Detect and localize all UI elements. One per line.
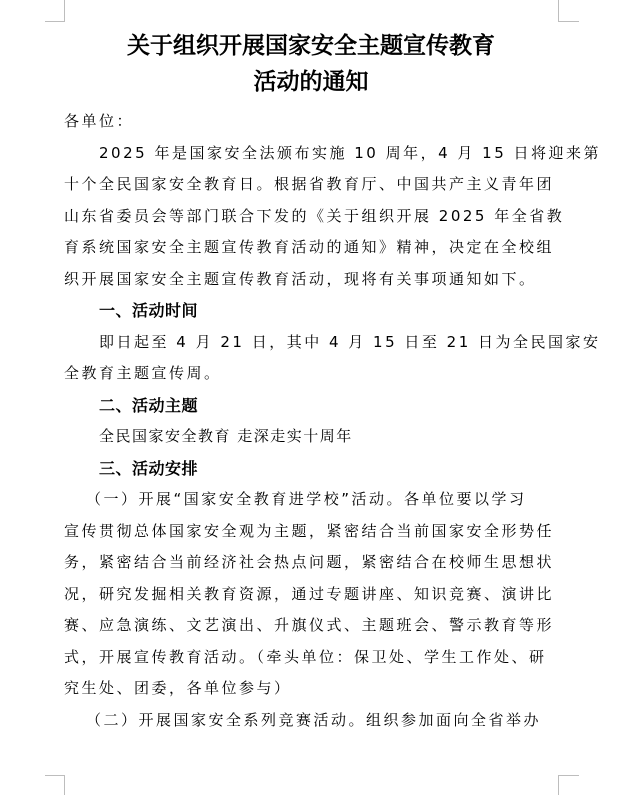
paragraph-line: 山东省委员会等部门联合下发的《关于组织开展 2025 年全省教 xyxy=(64,201,558,233)
paragraph-line: 赛、应急演练、文艺演出、升旗仪式、主题班会、警示教育等形 xyxy=(64,610,558,642)
title-line-2: 活动的通知 xyxy=(64,64,558,100)
section-heading: 一、活动时间 xyxy=(64,295,558,327)
section-heading: 三、活动安排 xyxy=(64,453,558,485)
paragraph-line: 务，紧密结合当前经济社会热点问题，紧密结合在校师生思想状 xyxy=(64,547,558,579)
paragraph-line: 育系统国家安全主题宣传教育活动的通知》精神，决定在全校组 xyxy=(64,232,558,264)
paragraph-line: 织开展国家安全主题宣传教育活动，现将有关事项通知如下。 xyxy=(64,264,558,296)
document-title: 关于组织开展国家安全主题宣传教育 活动的通知 xyxy=(64,28,558,100)
paragraph-line: 2025 年是国家安全法颁布实施 10 周年，4 月 15 日将迎来第 xyxy=(64,138,558,170)
paragraph-line: 宣传贯彻总体国家安全观为主题，紧密结合当前国家安全形势任 xyxy=(64,516,558,548)
page-corner-mark-bottom-right xyxy=(558,775,579,795)
paragraph-line: 究生处、团委，各单位参与） xyxy=(64,673,558,705)
paragraph-line: （二）开展国家安全系列竞赛活动。组织参加面向全省举办 xyxy=(64,705,558,737)
paragraph-line: 十个全民国家安全教育日。根据省教育厅、中国共产主义青年团 xyxy=(64,169,558,201)
salutation: 各单位： xyxy=(64,106,558,138)
page-corner-mark-top-left xyxy=(45,0,65,22)
section-heading: 二、活动主题 xyxy=(64,390,558,422)
document-page: 关于组织开展国家安全主题宣传教育 活动的通知 各单位： 2025 年是国家安全法… xyxy=(64,28,558,736)
section-activity-theme: 二、活动主题 全民国家安全教育 走深走实十周年 xyxy=(64,390,558,453)
paragraph-line: 全教育主题宣传周。 xyxy=(64,358,558,390)
paragraph-line: 况，研究发掘相关教育资源，通过专题讲座、知识竞赛、演讲比 xyxy=(64,579,558,611)
paragraph-line: 式，开展宣传教育活动。（牵头单位：保卫处、学生工作处、研 xyxy=(64,642,558,674)
arrangement-item-1: （一）开展“国家安全教育进学校”活动。各单位要以学习 宣传贯彻总体国家安全观为主… xyxy=(64,484,558,705)
paragraph-line: 全民国家安全教育 走深走实十周年 xyxy=(64,421,558,453)
paragraph-line: （一）开展“国家安全教育进学校”活动。各单位要以学习 xyxy=(64,484,558,516)
arrangement-item-2: （二）开展国家安全系列竞赛活动。组织参加面向全省举办 xyxy=(64,705,558,737)
section-activity-time: 一、活动时间 即日起至 4 月 21 日，其中 4 月 15 日至 21 日为全… xyxy=(64,295,558,390)
title-line-1: 关于组织开展国家安全主题宣传教育 xyxy=(64,28,558,64)
page-corner-mark-top-right xyxy=(558,0,579,22)
page-corner-mark-bottom-left xyxy=(45,775,65,795)
section-activity-arrangement: 三、活动安排 （一）开展“国家安全教育进学校”活动。各单位要以学习 宣传贯彻总体… xyxy=(64,453,558,737)
intro-paragraph: 2025 年是国家安全法颁布实施 10 周年，4 月 15 日将迎来第 十个全民… xyxy=(64,138,558,296)
document-body: 各单位： 2025 年是国家安全法颁布实施 10 周年，4 月 15 日将迎来第… xyxy=(64,106,558,736)
paragraph-line: 即日起至 4 月 21 日，其中 4 月 15 日至 21 日为全民国家安 xyxy=(64,327,558,359)
